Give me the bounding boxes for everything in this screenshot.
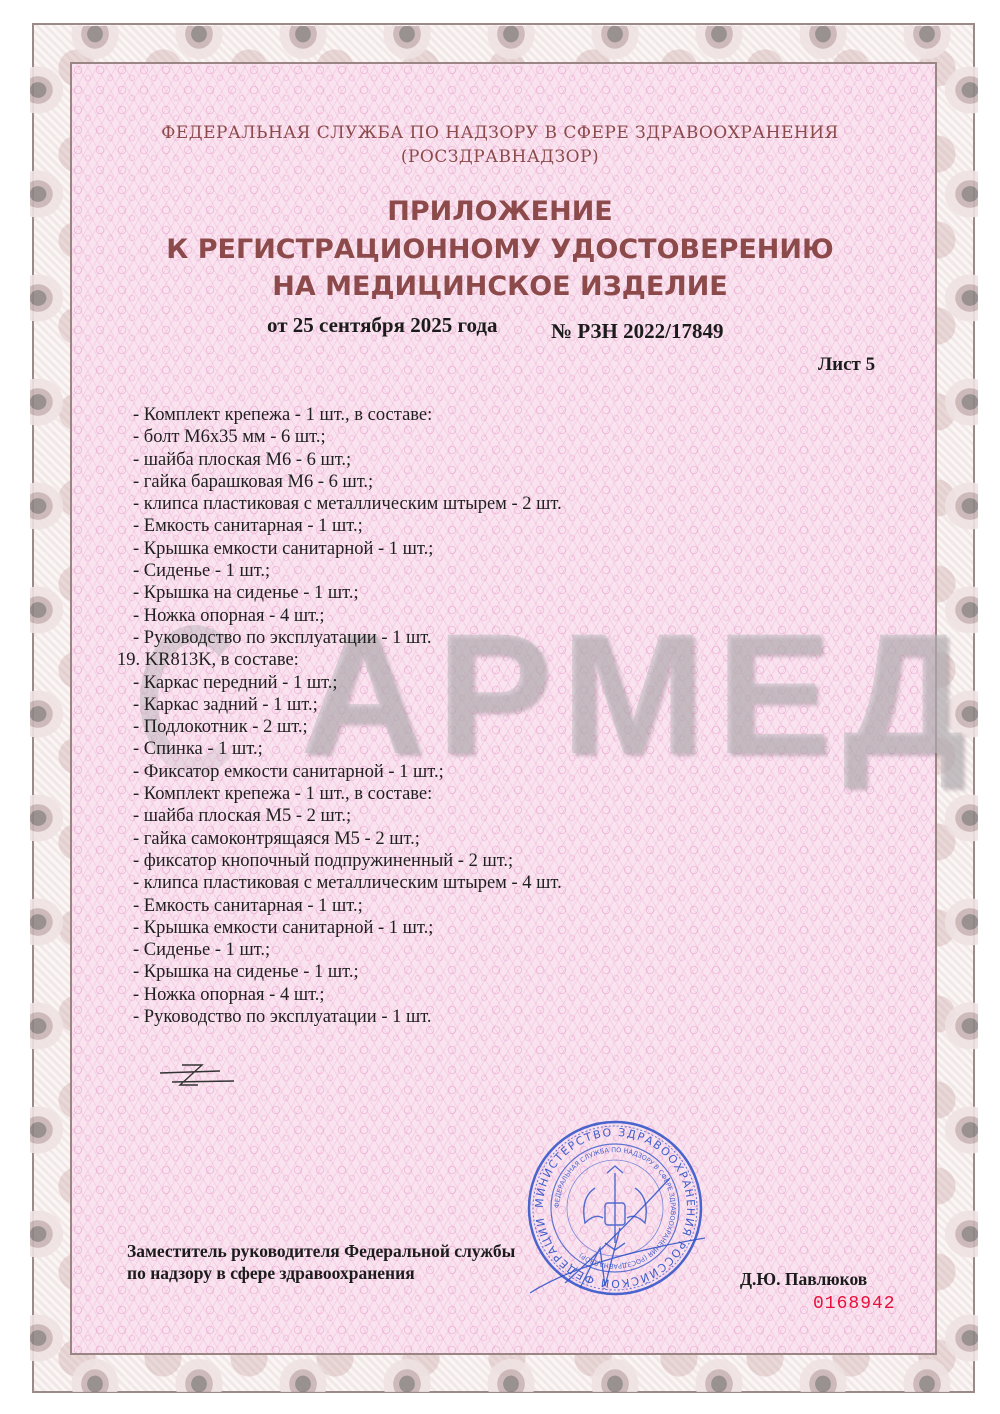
list-item: - Крышка на сиденье - 1 шт.;	[133, 582, 562, 604]
border-ornament-icon	[169, 1352, 229, 1392]
border-ornament-icon	[30, 996, 70, 1056]
registration-number: № РЗН 2022/17849	[551, 319, 723, 344]
list-item: - клипса пластиковая с металлическим шты…	[133, 872, 562, 894]
signer-name: Д.Ю. Павлюков	[740, 1269, 867, 1290]
list-item: - Сиденье - 1 шт.;	[133, 939, 562, 961]
list-item: - Подлокотник - 2 шт.;	[133, 716, 562, 738]
border-ornament-icon	[30, 684, 70, 744]
list-item: - Емкость санитарная - 1 шт.;	[133, 515, 562, 537]
border-ornament-icon	[30, 1308, 70, 1368]
border-ornament-icon	[585, 1352, 645, 1392]
list-item: - Ножка опорная - 4 шт.;	[133, 984, 562, 1006]
list-item: - Каркас задний - 1 шт.;	[133, 694, 562, 716]
border-ornament-icon	[938, 372, 978, 432]
border-ornament-icon	[273, 26, 333, 66]
list-item: - Спинка - 1 шт.;	[133, 738, 562, 760]
border-ornament-icon	[793, 1352, 853, 1392]
component-list: - Комплект крепежа - 1 шт., в составе:- …	[133, 404, 562, 1028]
list-item: - Крышка емкости санитарной - 1 шт.;	[133, 917, 562, 939]
border-ornament-icon	[65, 26, 125, 66]
sheet-number: Лист 5	[818, 354, 875, 376]
list-item: - Руководство по эксплуатации - 1 шт.	[133, 627, 562, 649]
list-item: - Емкость санитарная - 1 шт.;	[133, 895, 562, 917]
border-ornament-icon	[938, 684, 978, 744]
list-item: - Комплект крепежа - 1 шт., в составе:	[133, 783, 562, 805]
border-ornament-icon	[169, 26, 229, 66]
official-seal-icon: МИНИСТЕРСТВО ЗДРАВООХРАНЕНИЯ РОССИЙСКОЙ …	[525, 1118, 705, 1298]
border-ornament-icon	[585, 26, 645, 66]
issue-date: от 25 сентября 2025 года	[267, 313, 498, 338]
border-ornament-icon	[481, 26, 541, 66]
list-item: - Крышка емкости санитарной - 1 шт.;	[133, 538, 562, 560]
border-ornament-icon	[897, 26, 957, 66]
border-ornament-icon	[938, 60, 978, 120]
border-ornament-icon	[377, 26, 437, 66]
border-ornament-icon	[30, 1100, 70, 1160]
border-ornament-icon	[938, 476, 978, 536]
border-ornament-icon	[30, 788, 70, 848]
signer-position-line1: Заместитель руководителя Федеральной слу…	[127, 1240, 515, 1262]
signer-position: Заместитель руководителя Федеральной слу…	[127, 1240, 515, 1284]
list-item: - Комплект крепежа - 1 шт., в составе:	[133, 404, 562, 426]
border-ornament-icon	[377, 1352, 437, 1392]
border-ornament-icon	[30, 372, 70, 432]
list-item: - фиксатор кнопочный подпружиненный - 2 …	[133, 850, 562, 872]
document-subtitle-line1: К РЕГИСТРАЦИОННОМУ УДОСТОВЕРЕНИЮ	[0, 231, 1000, 269]
border-ornament-icon	[938, 580, 978, 640]
border-ornament-icon	[65, 1352, 125, 1392]
border-ornament-icon	[481, 1352, 541, 1392]
list-item: - гайка самоконтрящаяся М5 - 2 шт.;	[133, 828, 562, 850]
border-ornament-icon	[793, 26, 853, 66]
border-ornament-icon	[30, 892, 70, 952]
initials-scribble-icon	[150, 1055, 240, 1095]
list-item: - Руководство по эксплуатации - 1 шт.	[133, 1006, 562, 1028]
document-subtitle-line2: НА МЕДИЦИНСКОЕ ИЗДЕЛИЕ	[0, 268, 1000, 306]
list-item: - клипса пластиковая с металлическим шты…	[133, 493, 562, 515]
agency-abbreviation: (РОСЗДРАВНАДЗОР)	[0, 145, 1000, 169]
border-ornament-icon	[30, 60, 70, 120]
border-ornament-icon	[938, 1308, 978, 1368]
list-item: - Крышка на сиденье - 1 шт.;	[133, 961, 562, 983]
serial-number: 0168942	[813, 1294, 896, 1314]
list-item: 19. KR813K, в составе:	[117, 649, 562, 671]
list-item: - Ножка опорная - 4 шт.;	[133, 605, 562, 627]
border-ornament-icon	[689, 1352, 749, 1392]
list-item: - Каркас передний - 1 шт.;	[133, 672, 562, 694]
list-item: - Фиксатор емкости санитарной - 1 шт.;	[133, 761, 562, 783]
list-item: - болт М6х35 мм - 6 шт.;	[133, 426, 562, 448]
border-ornament-icon	[689, 26, 749, 66]
border-ornament-icon	[938, 996, 978, 1056]
border-ornament-icon	[273, 1352, 333, 1392]
list-item: - гайка барашковая М6 - 6 шт.;	[133, 471, 562, 493]
border-ornament-icon	[30, 476, 70, 536]
border-ornament-icon	[938, 1100, 978, 1160]
list-item: - шайба плоская М5 - 2 шт.;	[133, 805, 562, 827]
border-ornament-icon	[938, 892, 978, 952]
border-ornament-icon	[938, 788, 978, 848]
document-title: ПРИЛОЖЕНИЕ	[0, 193, 1000, 231]
list-item: - Сиденье - 1 шт.;	[133, 560, 562, 582]
signer-position-line2: по надзору в сфере здравоохранения	[127, 1262, 515, 1284]
border-ornament-icon	[30, 1204, 70, 1264]
border-ornament-icon	[938, 1204, 978, 1264]
agency-name: ФЕДЕРАЛЬНАЯ СЛУЖБА ПО НАДЗОРУ В СФЕРЕ ЗД…	[0, 121, 1000, 145]
list-item: - шайба плоская М6 - 6 шт.;	[133, 449, 562, 471]
border-ornament-icon	[30, 580, 70, 640]
